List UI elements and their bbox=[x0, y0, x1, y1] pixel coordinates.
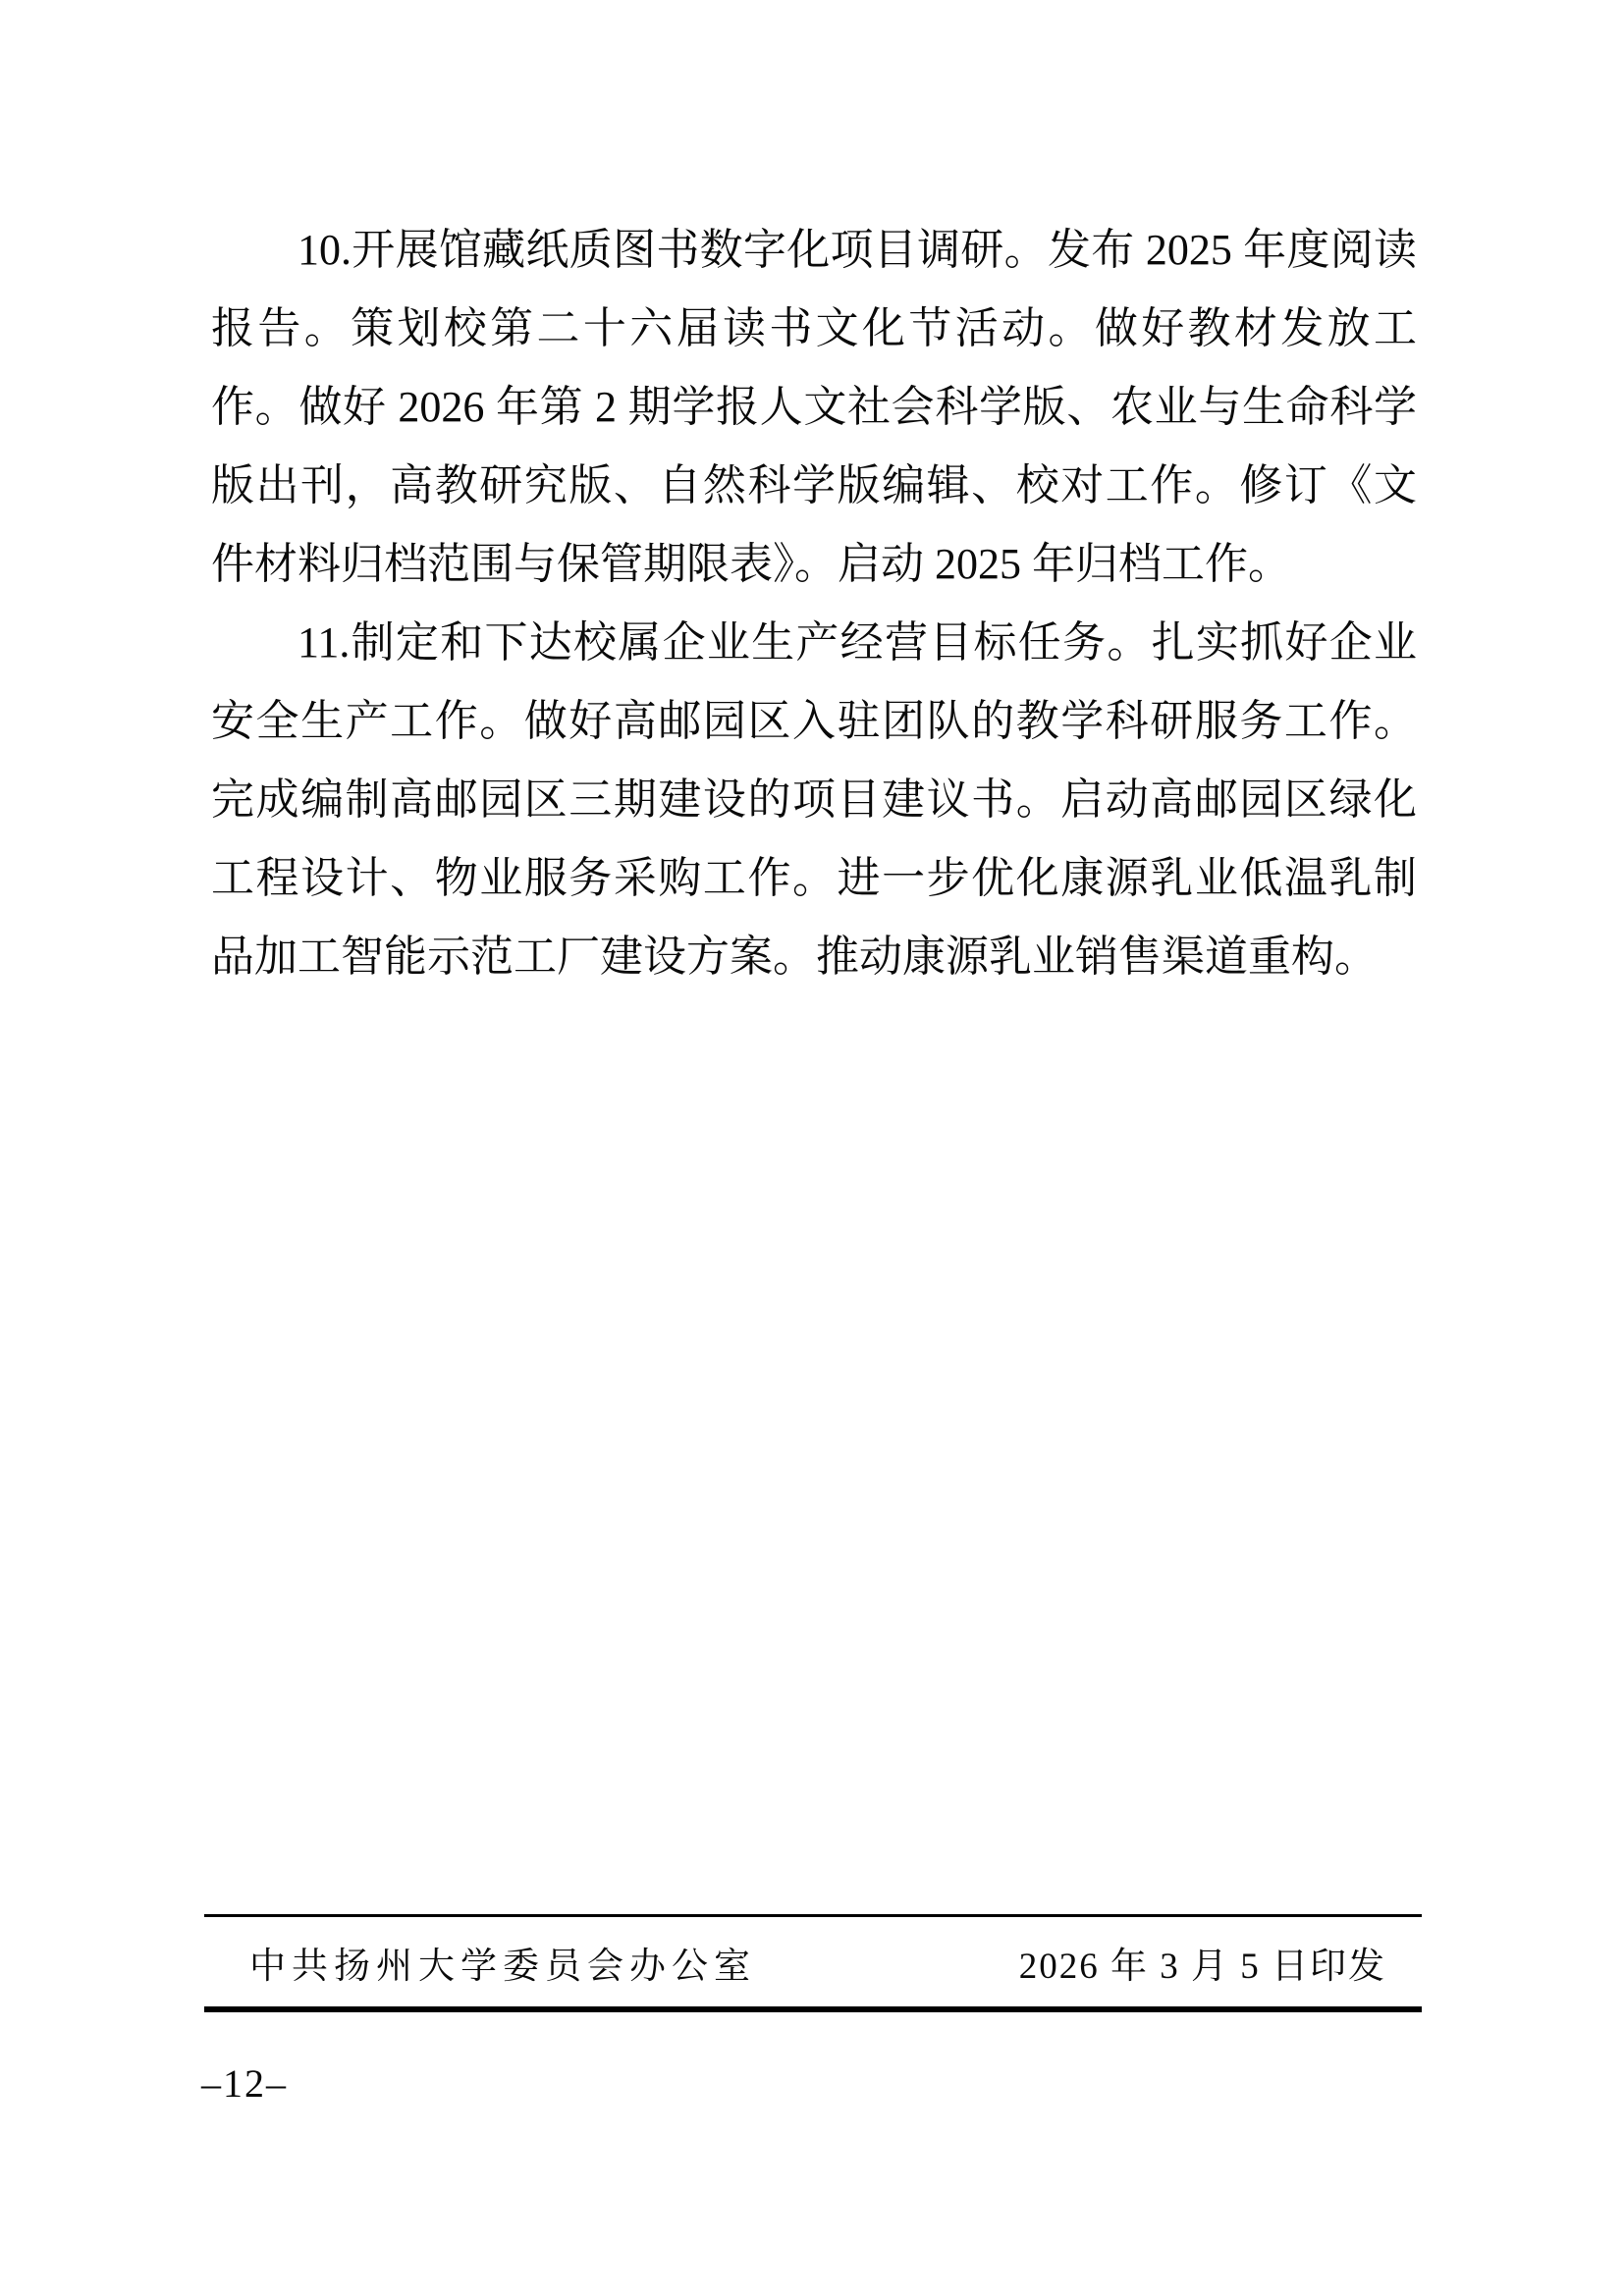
document-page: 10.开展馆藏纸质图书数字化项目调研。发布 2025 年度阅读报告。策划校第二十… bbox=[0, 0, 1624, 2296]
document-body: 10.开展馆藏纸质图书数字化项目调研。发布 2025 年度阅读报告。策划校第二十… bbox=[211, 211, 1417, 996]
footer-print-date: 2026 年 3 月 5 日印发 bbox=[1019, 1936, 1386, 1989]
paragraph-item-11: 11.制定和下达校属企业生产经营目标任务。扎实抓好企业安全生产工作。做好高邮园区… bbox=[211, 604, 1417, 996]
document-footer: 中共扬州大学委员会办公室 2026 年 3 月 5 日印发 bbox=[204, 1914, 1422, 2012]
footer-bottom-rule bbox=[204, 2006, 1422, 2012]
footer-row: 中共扬州大学委员会办公室 2026 年 3 月 5 日印发 bbox=[204, 1917, 1422, 2006]
footer-issuer: 中共扬州大学委员会办公室 bbox=[249, 1936, 756, 1989]
page-number: –12– bbox=[201, 2061, 288, 2107]
paragraph-item-10: 10.开展馆藏纸质图书数字化项目调研。发布 2025 年度阅读报告。策划校第二十… bbox=[211, 211, 1417, 604]
